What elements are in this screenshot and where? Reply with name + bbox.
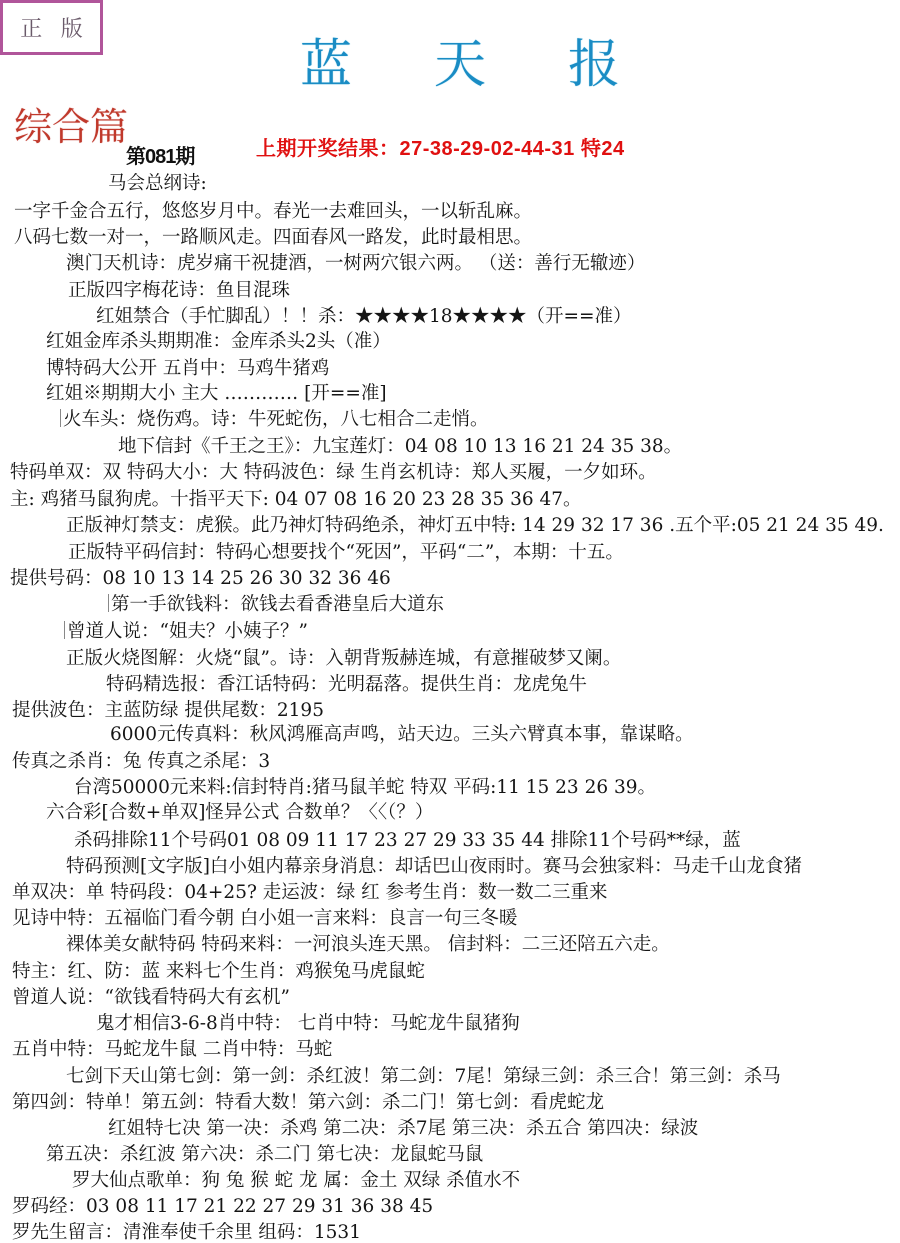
text-line: 五肖中特：马蛇龙牛鼠 二肖中特：马蛇 xyxy=(12,1038,332,1062)
text-line: 单双决：单 特码段：04+25? 走运波：绿 红 参考生肖：数一数二三重来 xyxy=(12,881,608,905)
text-line: 罗码经：03 08 11 17 21 22 27 29 31 36 38 45 xyxy=(12,1195,433,1219)
section-heading: 综合篇 xyxy=(14,96,128,151)
text-line: 八码七数一对一，一路顺风走。四面春风一路发，此时最相思。 xyxy=(14,226,532,250)
text-line: 传真之杀肖：兔 传真之杀尾：3 xyxy=(12,750,270,774)
text-line: 第四剑：特单！第五剑：特看大数！第六剑：杀二门！第七剑：看虎蛇龙 xyxy=(12,1091,604,1115)
text-line: 一字千金合五行，悠悠岁月中。春光一去难回头，一以斩乱麻。 xyxy=(14,200,532,224)
text-line: 6000元传真料：秋风鸿雁高声鸣，站天边。三头六臂真本事，靠谋略。 xyxy=(110,723,694,747)
text-line: 第一手欲钱料：欲钱去看香港皇后大道东 xyxy=(108,593,444,617)
text-line: 马会总纲诗: xyxy=(108,172,207,196)
text-line: 六合彩[合数+单双]怪异公式 合数单？〈〈（？） xyxy=(46,801,433,825)
text-line: 特码单双：双 特码大小：大 特码波色：绿 生肖玄机诗：郑人买履，一夕如环。 xyxy=(10,461,657,485)
text-line: 见诗中特：五福临门看今朝 白小姐一言来料：良言一句三冬暖 xyxy=(12,907,517,931)
text-line: 红姐禁合（手忙脚乱）！！杀：★★★★18★★★★（开==准） xyxy=(96,305,632,329)
badge-char-1: 正 xyxy=(20,12,42,43)
title-char-1: 蓝 xyxy=(300,22,352,97)
issue-number: 第081期 xyxy=(126,140,194,169)
page-title: 蓝 天 报 xyxy=(300,22,620,97)
text-line: 曾道人说：“欲钱看特码大有玄机” xyxy=(12,986,290,1010)
title-char-3: 报 xyxy=(568,22,620,97)
text-line: 提供波色：主蓝防绿 提供尾数：2195 xyxy=(12,699,324,723)
title-char-2: 天 xyxy=(434,22,486,97)
authentic-badge: 正 版 xyxy=(0,0,103,55)
text-line: 提供号码：08 10 13 14 25 26 30 32 36 46 xyxy=(10,567,391,591)
text-line: 红姐特七决 第一决：杀鸡 第二决：杀7尾 第三决：杀五合 第四决：绿波 xyxy=(108,1117,698,1141)
text-line: 澳门天机诗：虎岁痛干祝捷酒，一树两穴银六两。 （送：善行无辙迹） xyxy=(66,252,645,276)
text-line: 台湾50000元来料:信封特肖:猪马鼠羊蛇 特双 平码:11 15 23 26 … xyxy=(74,776,656,800)
text-line: 杀码排除11个号码01 08 09 11 17 23 27 29 33 35 4… xyxy=(74,829,741,853)
text-line: 正版四字梅花诗：鱼目混珠 xyxy=(68,279,290,303)
text-line: 罗大仙点歌单：狗 兔 猴 蛇 龙 属：金土 双绿 杀值水不 xyxy=(72,1169,520,1193)
last-draw-result: 上期开奖结果：27-38-29-02-44-31 特24 xyxy=(256,132,625,161)
text-line: 火车头：烧伤鸡。诗：牛死蛇伤，八七相合二走悄。 xyxy=(60,408,489,432)
text-line: 曾道人说：“姐夫？小姨子？” xyxy=(64,620,308,644)
text-line: 第五决：杀红波 第六决：杀二门 第七决：龙鼠蛇马鼠 xyxy=(46,1143,483,1167)
text-line: 鬼才相信3-6-8肖中特： 七肖中特：马蛇龙牛鼠猪狗 xyxy=(96,1012,520,1036)
text-line: 特码精选报：香江话特码：光明磊落。提供生肖：龙虎兔牛 xyxy=(106,673,587,697)
text-line: 特码预测[文字版]白小姐内幕亲身消息：却话巴山夜雨时。赛马会独家料：马走千山龙食… xyxy=(66,855,802,879)
text-line: 红姐※期期大小 主大 ………… [开==准] xyxy=(46,382,387,406)
text-line: 正版火烧图解：火烧“鼠”。诗：入朝背叛赫连城，有意摧破梦又阑。 xyxy=(66,647,621,671)
text-line: 地下信封《千王之王》：九宝莲灯：04 08 10 13 16 21 24 35 … xyxy=(118,435,682,459)
text-line: 七剑下天山第七剑：第一剑：杀红波！第二剑：7尾！第绿三剑：杀三合！第三剑：杀马 xyxy=(66,1065,781,1089)
text-line: 主: 鸡猪马鼠狗虎。十指平天下: 04 07 08 16 20 23 28 35… xyxy=(10,488,582,512)
text-line: 红姐金库杀头期期准：金库杀头2头（准） xyxy=(46,330,391,354)
text-line: 罗先生留言：清淮奉使千余里 组码：1531 xyxy=(12,1221,361,1243)
text-line: 博特码大公开 五肖中：马鸡牛猪鸡 xyxy=(46,357,329,381)
text-line: 特主：红、防：蓝 来料七个生肖：鸡猴兔马虎鼠蛇 xyxy=(12,960,425,984)
text-line: 正版神灯禁支：虎猴。此乃神灯特码绝杀，神灯五中特: 14 29 32 17 36… xyxy=(66,514,884,538)
badge-char-2: 版 xyxy=(61,12,83,43)
text-line: 正版特平码信封：特码心想要找个“死因”，平码“二”，本期：十五。 xyxy=(68,541,624,565)
text-line: 裸体美女献特码 特码来料：一河浪头连天黑。 信封料：二三还陪五六走。 xyxy=(66,933,670,957)
